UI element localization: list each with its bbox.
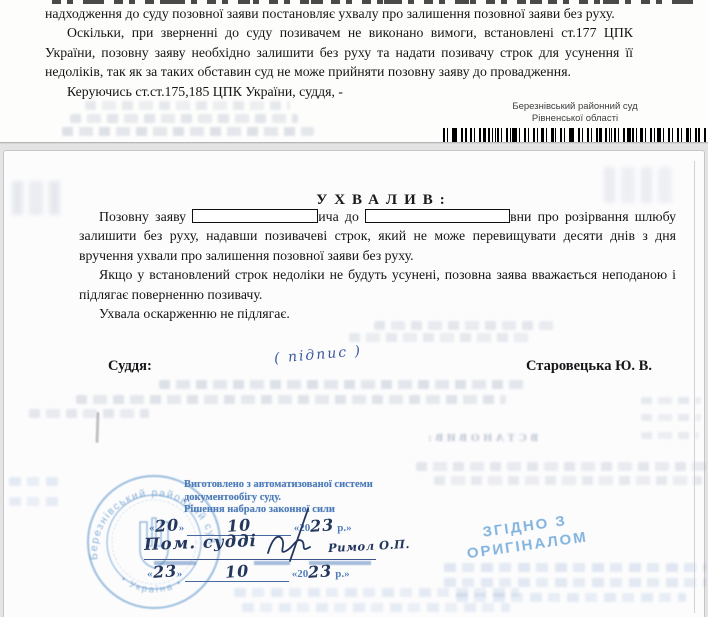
- page1-court-ruling-fragment: надходження до суду позовної заяви поста…: [0, 0, 708, 143]
- bleed-through-line: [434, 476, 702, 485]
- court-name-label: Березнівський районний суд Рівненської о…: [468, 101, 682, 125]
- court-name: Березнівський районний суд: [468, 101, 682, 113]
- document-barcode: [443, 128, 707, 142]
- printed-year-suffix: р.»: [335, 568, 349, 580]
- printed-quote: «: [147, 568, 153, 580]
- bleed-through-line: [416, 462, 706, 471]
- certification-line: Виготовлено з автоматизованої системи: [184, 479, 424, 492]
- bleed-through-line: [159, 380, 524, 389]
- ruling-text-block: Позовну заяву ича до вни про розірвання …: [79, 207, 676, 323]
- bleed-through-line: [444, 578, 706, 587]
- bleed-through-heading: ВСТАНОВИВ:: [396, 432, 566, 444]
- bleed-through-line: [70, 114, 298, 123]
- bleed-through-line: [62, 127, 314, 136]
- bleed-through-line: [641, 432, 699, 439]
- bleed-through-line: [242, 603, 510, 612]
- judge-label: Суддя:: [108, 358, 152, 375]
- bleed-through-line: [9, 497, 59, 506]
- handwritten-signature-note: ( підпис ): [273, 343, 362, 367]
- clerk-signature: [262, 507, 334, 563]
- handwritten-day: 23: [152, 561, 178, 582]
- page1-paragraph: Керуючись ст.ст.175,185 ЦПК України, суд…: [45, 82, 633, 101]
- bleed-through-line: [641, 397, 701, 404]
- handwritten-clerk-name: Римол О.П.: [328, 537, 411, 555]
- bleed-through-line: [349, 333, 534, 342]
- ruling-paragraph: Позовну заяву ича до вни про розірвання …: [79, 207, 676, 265]
- page-edge-line: [694, 161, 695, 613]
- bleed-through-line: [29, 409, 149, 418]
- handwritten-position: Пом. судді: [144, 531, 258, 554]
- redaction-box-defendant: [365, 209, 510, 223]
- ruling-text: ича до: [318, 209, 359, 224]
- handwritten-month: 10: [224, 561, 250, 582]
- page2-court-ruling: УХВАЛИВ: Позовну заяву ича до вни про ро…: [3, 150, 705, 617]
- bleed-through-line: [234, 588, 519, 597]
- redaction-box-plaintiff: [192, 209, 318, 223]
- true-copy-stamp: ЗГІДНО З ОРИГІНАЛОМ: [449, 507, 603, 566]
- page1-text-block: надходження до суду позовної заяви поста…: [45, 4, 633, 101]
- handwritten-year: 23: [308, 561, 334, 582]
- page1-paragraph: надходження до суду позовної заяви поста…: [45, 4, 633, 23]
- bleed-through-line: [641, 414, 701, 421]
- bleed-through-line: [9, 477, 64, 486]
- bleed-through-line: [444, 563, 706, 572]
- clerk-position-line: Пом. судді Римол О.П.: [144, 533, 376, 560]
- bleed-through-line: [85, 101, 290, 110]
- signing-date-line: «23» 10 «2023 р.»: [147, 562, 350, 582]
- printed-year-prefix: «20: [292, 568, 309, 580]
- pen-mark: [95, 412, 99, 443]
- scanned-court-document: надходження до суду позовної заяви поста…: [0, 0, 708, 617]
- page1-paragraph: Оскільки, при зверненні до суду позиваче…: [45, 23, 633, 81]
- certification-line: документообігу суду.: [184, 492, 424, 505]
- bleed-through-line: [374, 321, 559, 330]
- ruling-text: Позовну заяву: [99, 209, 186, 224]
- bleed-through-line: [12, 181, 64, 215]
- bleed-through-line: [76, 395, 506, 404]
- ruling-paragraph: Якщо у встановлений строк недоліки не бу…: [79, 265, 676, 304]
- judge-name: Старовецька Ю. В.: [526, 358, 652, 375]
- court-region: Рівненської області: [468, 113, 682, 125]
